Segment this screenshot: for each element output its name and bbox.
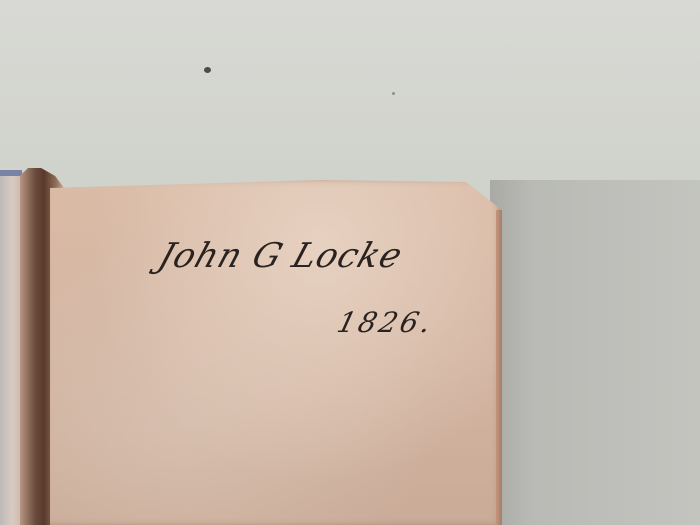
dust-speck: [204, 67, 211, 73]
wall-shadow: [490, 180, 700, 525]
handwritten-year: 1826.: [334, 306, 437, 339]
book: [0, 168, 505, 525]
cover-edge: [0, 170, 22, 176]
dust-speck: [392, 92, 395, 95]
flyleaf-page: [50, 180, 502, 525]
page-edge: [496, 210, 502, 525]
handwritten-signature: John G Locke: [154, 236, 408, 276]
